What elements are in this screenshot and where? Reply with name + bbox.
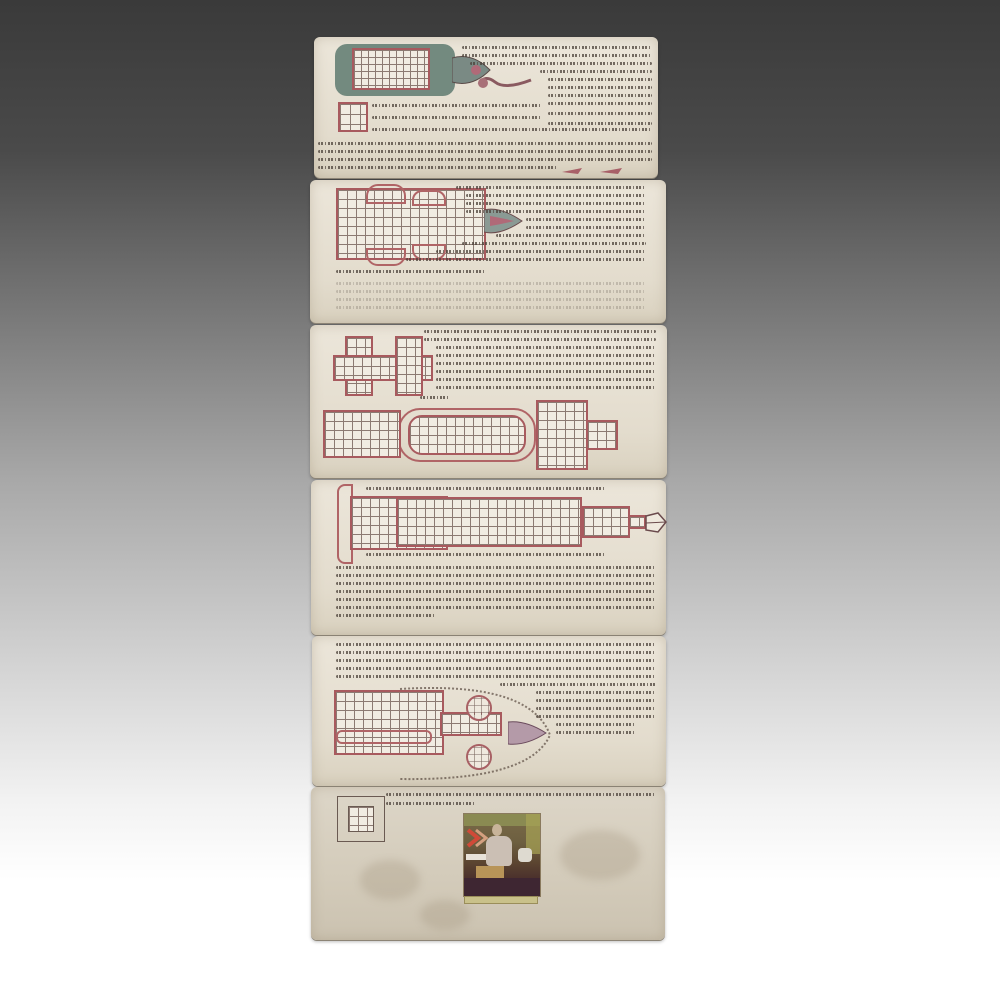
- cross-grid-right: [536, 400, 588, 470]
- manuscript: [0, 0, 1000, 1000]
- diamond-finial-icon: [644, 512, 668, 534]
- yantra-grid-top: [352, 48, 430, 90]
- painted-miniature: [463, 813, 541, 897]
- chevron-cushion-icon: [466, 828, 488, 848]
- painting-caption: [464, 896, 538, 904]
- cross-grid-left: [323, 410, 401, 458]
- magic-square-3x3: [348, 806, 374, 832]
- serpent-ornament-icon: [475, 72, 535, 92]
- bird-ornament-icon: [560, 166, 630, 178]
- arc-text: [380, 685, 560, 785]
- seated-figure: [492, 824, 502, 836]
- magic-square-small: [338, 102, 368, 132]
